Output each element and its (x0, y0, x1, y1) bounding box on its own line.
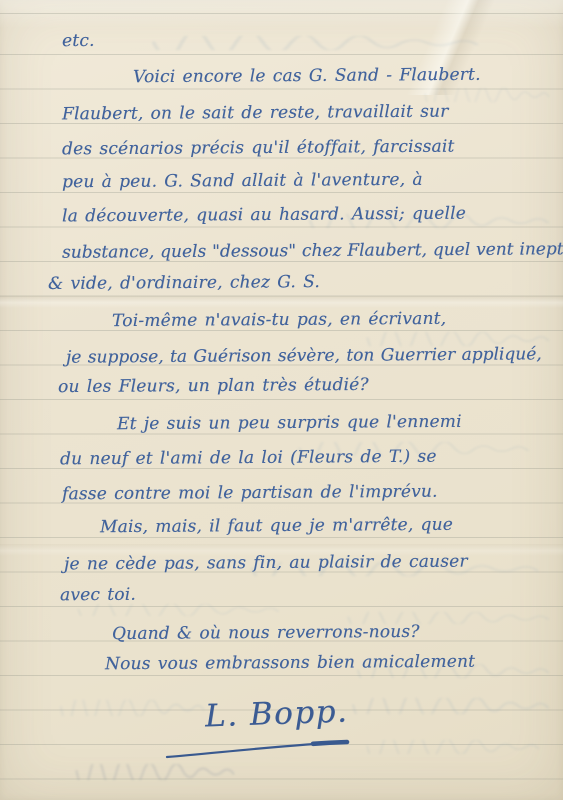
letter-line: & vide, d'ordinaire, chez G. S. (48, 269, 320, 297)
letter-line: la découverte, quasi au hasard. Aussi; q… (62, 201, 466, 230)
letter-line: du neuf et l'ami de la loi (Fleurs de T.… (60, 444, 437, 473)
letter-line: Flaubert, on le sait de reste, travailla… (62, 99, 449, 128)
letter-page: etc. Voici encore le cas G. Sand - Flaub… (0, 0, 563, 800)
letter-line: Voici encore le cas G. Sand - Flaubert. (133, 62, 481, 90)
letter-line: Et je suis un peu surpris que l'ennemi (117, 409, 462, 437)
letter-line: substance, quels "dessous" chez Flaubert… (62, 236, 563, 266)
letter-line: avec toi. (60, 582, 136, 609)
signature-flourish (163, 736, 355, 762)
letter-line: Quand & où nous reverrons-nous? (112, 619, 420, 647)
letter-line: fasse contre moi le partisan de l'imprév… (62, 479, 438, 508)
letter-line: je suppose, ta Guérison sévère, ton Guer… (66, 341, 542, 370)
letter-line: Mais, mais, il faut que je m'arrête, que (100, 512, 453, 540)
letter-line: peu à peu. G. Sand allait à l'aventure, … (62, 167, 423, 196)
letter-line: je ne cède pas, sans fin, au plaisir de … (64, 549, 468, 578)
letter-line: Nous vous embrassons bien amicalement (105, 649, 475, 678)
signature: L. Bopp. (204, 692, 349, 737)
letter-line: Toi-même n'avais-tu pas, en écrivant, (112, 306, 446, 334)
letter-line: etc. (62, 28, 95, 54)
letter-line: des scénarios précis qu'il étoffait, far… (62, 134, 455, 163)
letter-line: ou les Fleurs, un plan très étudié? (58, 372, 369, 400)
